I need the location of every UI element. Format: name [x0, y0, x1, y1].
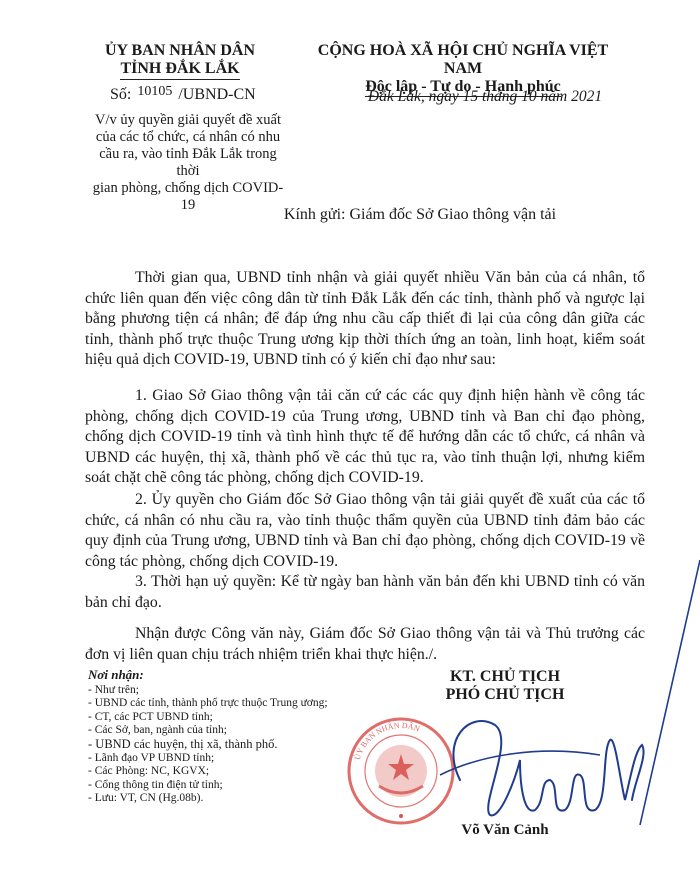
doc-number-suffix: /UBND-CN: [178, 86, 255, 103]
date-rest: tháng 10 năm 2021: [482, 88, 602, 105]
distribution-item: - Lãnh đạo VP UBND tỉnh;: [88, 752, 348, 766]
distribution-item: - Các Phòng: NC, KGVX;: [88, 765, 348, 779]
distribution-item: - Cổng thông tin điện tử tỉnh;: [88, 779, 348, 793]
subject-line: cầu ra, vào tỉnh Đắk Lắk trong thời: [88, 146, 288, 180]
signer-name: Võ Văn Cảnh: [440, 822, 570, 839]
distribution-title: Nơi nhận:: [88, 668, 348, 682]
body-paragraph: 1. Giao Sở Giao thông vận tải căn cứ các…: [85, 386, 645, 489]
doc-number: 10105: [137, 84, 172, 99]
distribution-item: - CT, các PCT UBND tỉnh;: [88, 711, 348, 725]
distribution-item: - Các Sở, ban, ngành của tỉnh;: [88, 724, 348, 738]
issuing-authority: ỦY BAN NHÂN DÂN TỈNH ĐẮK LẮK: [85, 42, 275, 80]
document-number: Số:10105/UBND-CN: [110, 86, 256, 104]
subject-line: của các tổ chức, cá nhân có nhu: [88, 129, 288, 146]
paragraph-text: 1. Giao Sở Giao thông vận tải căn cứ các…: [85, 387, 645, 486]
org-line1: ỦY BAN NHÂN DÂN: [85, 42, 275, 60]
distribution-item: - UBND các huyện, thị xã, thành phố.: [88, 738, 348, 752]
date-place: Đắk Lắk, ngày: [368, 88, 459, 105]
document-subject: V/v ủy quyền giải quyết đề xuất của các …: [88, 112, 288, 214]
distribution-item: - Như trên;: [88, 684, 348, 698]
addressee: Kính gửi: Giám đốc Sở Giao thông vận tải: [210, 206, 630, 224]
body-paragraph: Thời gian qua, UBND tỉnh nhận và giải qu…: [85, 268, 645, 371]
paragraph-text: Thời gian qua, UBND tỉnh nhận và giải qu…: [85, 269, 645, 368]
distribution-item: - UBND các tỉnh, thành phố trực thuộc Tr…: [88, 697, 348, 711]
org-line2: TỈNH ĐẮK LẮK: [120, 60, 239, 80]
date-line: Đắk Lắk, ngày 15 tháng 10 năm 2021: [340, 88, 630, 106]
doc-number-prefix: Số:: [110, 86, 131, 103]
nation-title: CỘNG HOÀ XÃ HỘI CHỦ NGHĨA VIỆT NAM: [303, 42, 623, 78]
distribution-item: - Lưu: VT, CN (Hg.08b).: [88, 792, 348, 806]
handwritten-signature-icon: [420, 540, 700, 830]
distribution-list: Nơi nhận: - Như trên; - UBND các tỉnh, t…: [88, 668, 348, 806]
date-day: 15: [463, 88, 479, 105]
subject-line: V/v ủy quyền giải quyết đề xuất: [88, 112, 288, 129]
